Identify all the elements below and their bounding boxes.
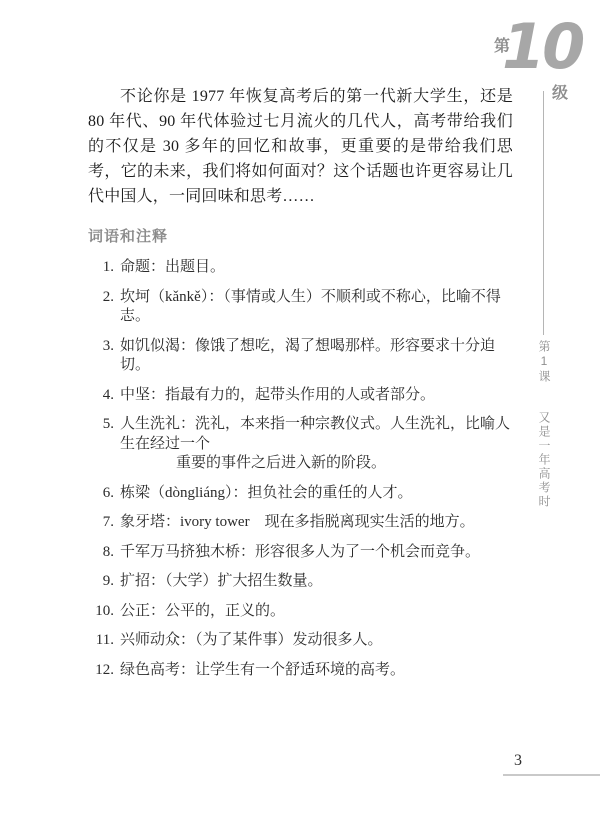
vocab-item-number: 7. [88, 513, 114, 533]
vocab-item-number: 2. [88, 288, 114, 308]
vocab-item: 8.千军万马挤独木桥：形容很多人为了一个机会而竞争。 [88, 543, 513, 563]
vocab-item: 9.扩招：（大学）扩大招生数量。 [88, 572, 513, 592]
vocab-item: 6.栋梁（dòngliáng）：担负社会的重任的人才。 [88, 484, 513, 504]
page-content: 不论你是 1977 年恢复高考后的第一代新大学生，还是 80 年代、90 年代体… [88, 84, 513, 690]
vocab-item: 12.绿色高考：让学生有一个舒适环境的高考。 [88, 661, 513, 681]
sidebar-vertical-rule [543, 91, 544, 335]
footer-rule [503, 774, 600, 776]
vocab-item-number: 4. [88, 386, 114, 406]
level-badge-number: 10 [502, 16, 582, 78]
vocab-item-text: 兴师动众：（为了某件事）发动很多人。 [120, 631, 513, 651]
textbook-page: 第 10 级 第1课 又是一年高考时 不论你是 1977 年恢复高考后的第一代新… [0, 0, 600, 835]
vocab-item-text: 绿色高考：让学生有一个舒适环境的高考。 [120, 661, 513, 681]
vocab-item-number: 9. [88, 572, 114, 592]
vocab-item-number: 1. [88, 258, 114, 278]
lesson-title: 又是一年高考时 [537, 411, 551, 509]
intro-paragraph: 不论你是 1977 年恢复高考后的第一代新大学生，还是 80 年代、90 年代体… [88, 84, 513, 209]
section-title: 词语和注释 [88, 225, 513, 246]
vocab-item: 10.公正：公平的，正义的。 [88, 602, 513, 622]
vocab-item-text: 人生洗礼：洗礼，本来指一种宗教仪式。人生洗礼，比喻人生在经过一个重要的事件之后进… [120, 415, 513, 474]
vocab-item-text: 命题：出题目。 [120, 258, 513, 278]
vocab-item: 11.兴师动众：（为了某件事）发动很多人。 [88, 631, 513, 651]
vocab-item-text: 如饥似渴：像饿了想吃，渴了想喝那样。形容要求十分迫切。 [120, 337, 513, 376]
vocab-item: 1.命题：出题目。 [88, 258, 513, 278]
vocab-item-text: 象牙塔：ivory tower 现在多指脱离现实生活的地方。 [120, 513, 513, 533]
vocab-list: 1.命题：出题目。2.坎坷（kǎnkě）：（事情或人生）不顺利或不称心，比喻不得… [88, 258, 513, 680]
lesson-sidebar: 第1课 又是一年高考时 [536, 340, 553, 640]
vocab-item-text: 坎坷（kǎnkě）：（事情或人生）不顺利或不称心，比喻不得志。 [120, 288, 513, 327]
vocab-item: 5.人生洗礼：洗礼，本来指一种宗教仪式。人生洗礼，比喻人生在经过一个重要的事件之… [88, 415, 513, 474]
vocab-item-text: 千军万马挤独木桥：形容很多人为了一个机会而竞争。 [120, 543, 513, 563]
vocab-item: 7.象牙塔：ivory tower 现在多指脱离现实生活的地方。 [88, 513, 513, 533]
page-number: 3 [514, 752, 522, 770]
vocab-item-number: 12. [88, 661, 114, 681]
vocab-item-text: 中坚：指最有力的，起带头作用的人或者部分。 [120, 386, 513, 406]
vocab-item-text: 扩招：（大学）扩大招生数量。 [120, 572, 513, 592]
vocab-item: 3.如饥似渴：像饿了想吃，渴了想喝那样。形容要求十分迫切。 [88, 337, 513, 376]
vocab-item-number: 3. [88, 337, 114, 357]
lesson-number: 第1课 [537, 340, 551, 384]
vocab-item-number: 10. [88, 602, 114, 622]
vocab-item-number: 6. [88, 484, 114, 504]
vocab-item-text: 公正：公平的，正义的。 [120, 602, 513, 622]
vocab-item: 4.中坚：指最有力的，起带头作用的人或者部分。 [88, 386, 513, 406]
vocab-item-number: 5. [88, 415, 114, 435]
level-badge-suffix: 级 [552, 80, 568, 103]
vocab-item-text: 栋梁（dòngliáng）：担负社会的重任的人才。 [120, 484, 513, 504]
vocab-item: 2.坎坷（kǎnkě）：（事情或人生）不顺利或不称心，比喻不得志。 [88, 288, 513, 327]
vocab-item-number: 8. [88, 543, 114, 563]
vocab-item-number: 11. [88, 631, 114, 651]
vocab-item-text-continuation: 重要的事件之后进入新的阶段。 [176, 454, 513, 474]
